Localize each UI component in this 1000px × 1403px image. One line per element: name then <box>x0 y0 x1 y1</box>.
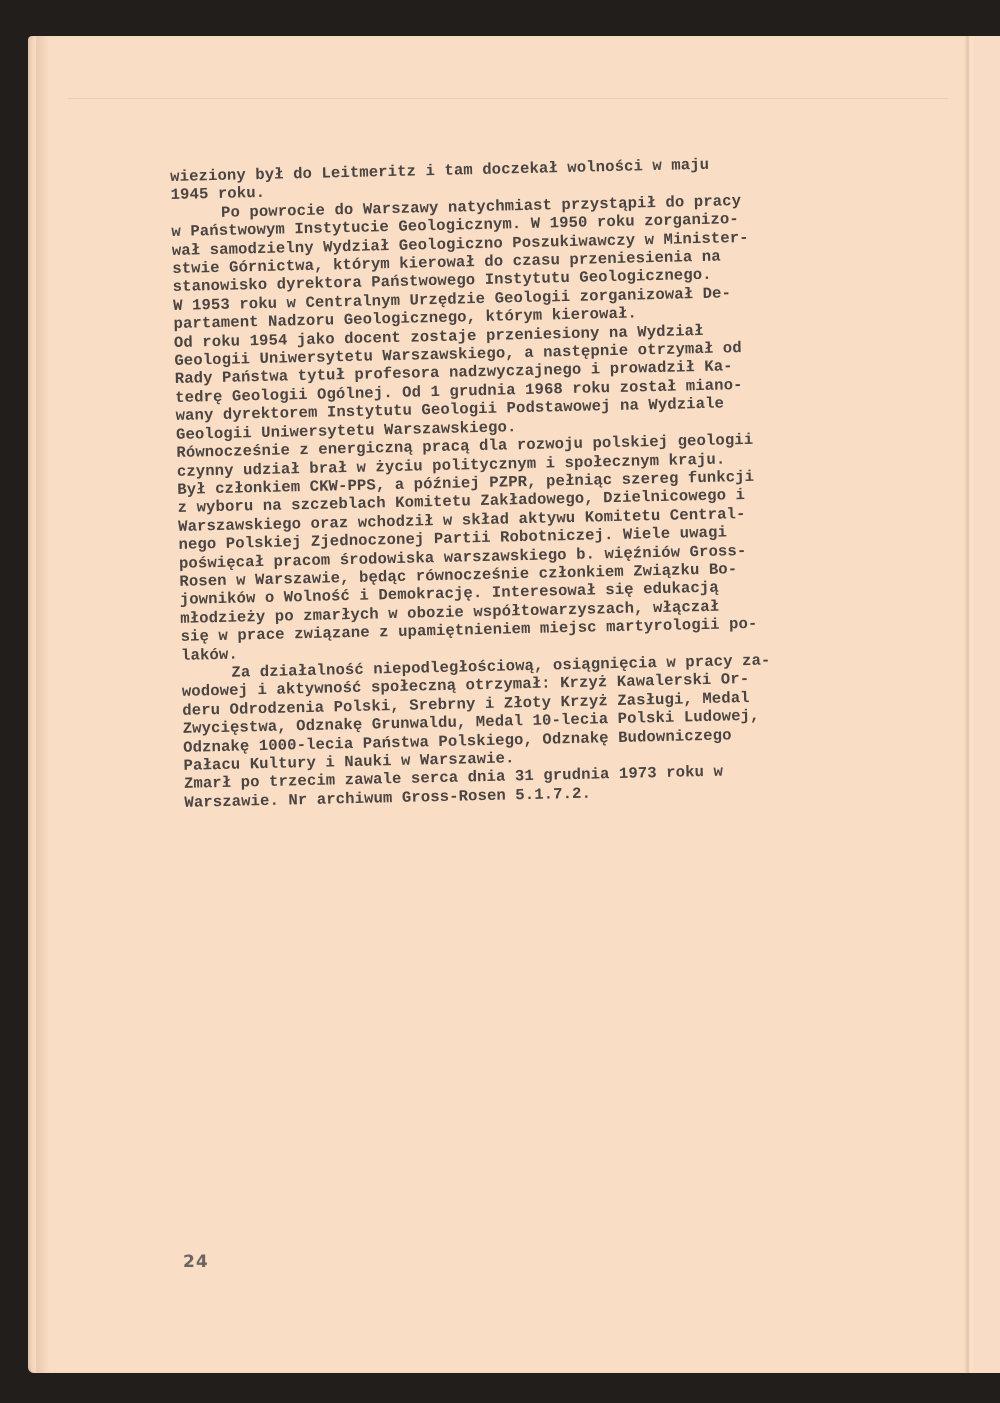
page-right-flap <box>974 36 1000 1373</box>
page-left-edge <box>36 36 50 1373</box>
page-number: 24 <box>183 1252 209 1272</box>
page-crease-line <box>68 98 948 99</box>
page-fold <box>964 36 974 1373</box>
typewritten-text-block: wieziony był do Leitmeritz i tam doczeka… <box>170 152 904 812</box>
